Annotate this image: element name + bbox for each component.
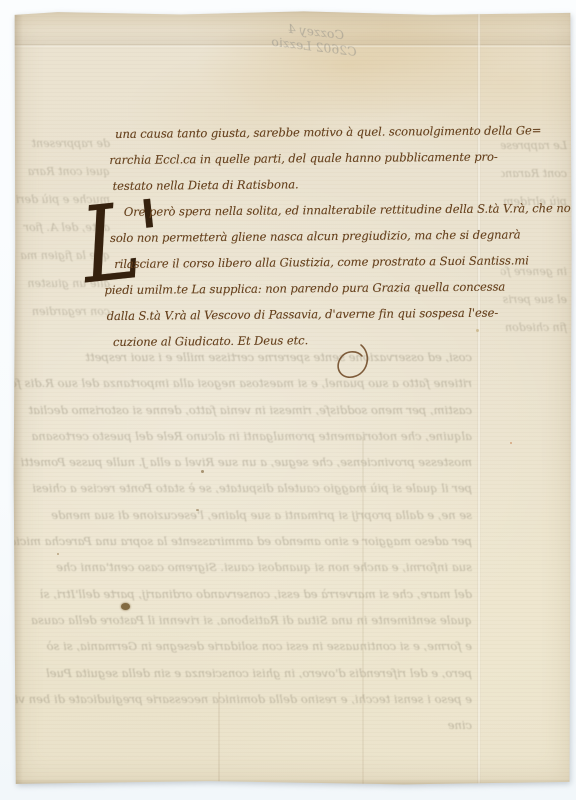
bleedthrough-body: cosi, ed osservazione sente spererne cer… xyxy=(20,344,472,738)
paper-wrapper: Cozzey 4 C2602 Lezzio de rappresent quei… xyxy=(0,0,576,800)
manuscript-line: testato nella Dieta di Ratisbona. xyxy=(112,169,565,199)
bleedthrough-line: cine xyxy=(20,712,472,738)
manuscript-line: dalla S.tà V.rà al Vescovo di Passavia, … xyxy=(107,299,567,329)
bleedthrough-line: per il quale si più maggio cautela dispu… xyxy=(20,475,472,501)
foxing-spot xyxy=(510,442,512,444)
bleedthrough-line: per adeso maggior e sino amendo ed ammir… xyxy=(20,528,472,554)
bleedthrough-line: e peso i sensi tecchi, e resino della do… xyxy=(20,686,472,712)
bleedthrough-line: se ne, e dalla proprij si primanti a sue… xyxy=(20,502,472,528)
manuscript-line: rilasciare il corso libero alla Giustizi… xyxy=(114,247,566,277)
manuscript-line: solo non permetterà gliene nasca alcun p… xyxy=(110,221,566,251)
bleedthrough-line: quale sentimente in una Situa di Ratisbo… xyxy=(20,607,472,633)
paper-sheet: Cozzey 4 C2602 Lezzio de rappresent quei… xyxy=(13,11,572,785)
bleedthrough-line: pero, e del riferendis d'overo, in ghisi… xyxy=(20,660,472,686)
bleedthrough-line: alquine, che notoriamente promulganti in… xyxy=(20,423,472,449)
bleedthrough-line: mostesse provinciense, che segue, a un s… xyxy=(20,449,472,475)
letter-text: una causa tanto giusta, sarebbe motivo à… xyxy=(109,117,567,355)
manuscript-line: rarchia Eccl.ca in quelle parti, del qua… xyxy=(109,143,565,173)
bottom-edge-shadow xyxy=(13,779,572,785)
bleedthrough-line: e forme, e si continuasse in essi con so… xyxy=(20,633,472,659)
bleedthrough-fragment: de rappresent xyxy=(16,137,110,150)
bleedthrough-fragment: quei cont Rara xyxy=(16,165,110,178)
bleedthrough-line: castim, per meno soddisfe, rimessi in ve… xyxy=(20,397,472,423)
manuscript-line: Ore però spera nella solita, ed innalter… xyxy=(124,195,566,225)
manuscript-line: una causa tanto giusta, sarebbe motivo à… xyxy=(115,117,565,147)
pen-flourish xyxy=(331,341,375,389)
bleedthrough-line: ritiene fatto a suo puanel, e si maestos… xyxy=(20,370,472,396)
bleedthrough-line: sua informi, e anche non si quandosi cau… xyxy=(20,554,472,580)
bleedthrough-line: del mare, che si marverrà ed essi, conse… xyxy=(20,581,472,607)
scan-background: Cozzey 4 C2602 Lezzio de rappresent quei… xyxy=(0,0,576,800)
manuscript-line: piedi umilm.te La supplica: non parendo … xyxy=(104,273,566,303)
